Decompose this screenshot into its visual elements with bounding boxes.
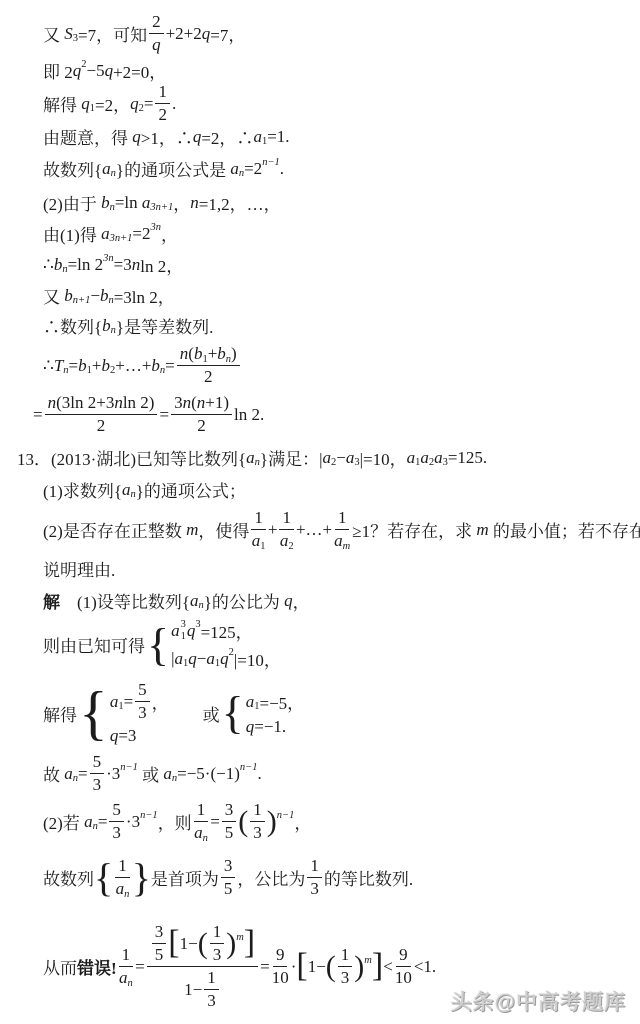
text-run: = xyxy=(78,764,88,784)
text-run: n xyxy=(190,193,199,213)
text-run: 3n+1 xyxy=(110,233,133,244)
text-run: b xyxy=(217,344,226,364)
text-run: +…+ xyxy=(296,520,332,540)
fraction: 910 xyxy=(395,945,412,988)
text-run: m xyxy=(364,955,372,966)
solution-line-tn-result: =n(3ln 2+3nln 2)2=3n(n+1)2ln 2. xyxy=(33,393,264,436)
fraction: 53 xyxy=(90,752,105,795)
left-brace: { xyxy=(79,688,108,739)
fraction: 35 xyxy=(152,922,167,965)
fraction: 13 xyxy=(338,945,353,988)
text-run: n(3ln 2+3nln 2) xyxy=(45,393,158,415)
text-run: b xyxy=(101,356,110,376)
problem-13-statement: 13．(2013·湖北)已知等比数列{an}满足：|a2−a3|=10，a1a2… xyxy=(17,445,487,470)
big-paren-close: ) xyxy=(226,930,236,957)
text-run: 1 xyxy=(250,800,265,822)
equation-system-case1: { a1=53， q=3 xyxy=(79,680,169,746)
text-run: = xyxy=(165,356,175,376)
text-run: 1 xyxy=(251,508,266,530)
text-run: 故数列 xyxy=(43,865,94,890)
text-run: ∴ xyxy=(43,255,54,275)
left-brace: { xyxy=(147,625,169,664)
text-run: a xyxy=(101,224,110,244)
text-run: 9 xyxy=(273,945,288,967)
fraction: 13 xyxy=(250,800,265,843)
text-run: a xyxy=(246,448,255,468)
text-run: =−1. xyxy=(254,717,286,737)
text-run: = xyxy=(124,692,134,712)
text-run: ，公比为 xyxy=(237,865,305,890)
text-run: = xyxy=(159,405,169,425)
fraction: 1a1 xyxy=(251,508,266,551)
fraction: 3n(n+1)2 xyxy=(171,393,232,436)
text-run: − xyxy=(336,448,346,468)
text-run: n+1 xyxy=(73,295,91,306)
text-run: ·3 xyxy=(126,812,140,832)
fraction: 1an xyxy=(194,800,209,843)
fraction: 35 xyxy=(222,800,237,843)
text-run: 由(1)得 xyxy=(43,221,101,246)
problem-13-part1: (1)求数列{an}的通项公式； xyxy=(43,477,246,502)
text-run: 是首项为 xyxy=(151,865,219,890)
text-run: 1 xyxy=(415,457,420,468)
text-run: a xyxy=(163,764,172,784)
text-run: n xyxy=(48,393,57,413)
text-run: 故 xyxy=(43,761,64,786)
bracket-close: ] xyxy=(244,928,255,959)
text-run: 3n xyxy=(103,253,114,264)
text-run: =3ln 2， xyxy=(114,283,175,308)
text-run: n xyxy=(198,600,203,611)
text-run: =2， xyxy=(95,91,130,116)
solution-13-start: 解 (1)设等比数列{an}的公比为 q， xyxy=(43,588,310,613)
text-run: 解得 xyxy=(43,701,77,726)
text-run: a xyxy=(346,448,355,468)
text-run: ， xyxy=(152,689,169,714)
text-run: a xyxy=(246,692,255,712)
text-run: a2 xyxy=(280,530,294,551)
text-run: = xyxy=(135,957,145,977)
text-run: 1− xyxy=(308,957,326,977)
text-run: a xyxy=(84,812,93,832)
text-run: 3 xyxy=(221,856,236,878)
text-run: }满足：| xyxy=(260,445,323,470)
text-run: (3ln 2+3 xyxy=(56,393,114,413)
text-run: =125， xyxy=(201,618,253,643)
big-paren-close: ) xyxy=(354,953,364,980)
text-run: b xyxy=(54,255,63,275)
equation-system: { a31q3=125， |a1q−a1q2|=10， xyxy=(147,618,281,671)
text-run: 1 xyxy=(202,354,207,365)
text-run: ，则 xyxy=(158,809,192,834)
text-run: ) xyxy=(231,344,237,364)
text-run: a31q3=125， xyxy=(171,618,253,643)
solution-line-a3n1: 由(1)得 a3n+1=23n， xyxy=(43,221,178,246)
text-run: =2 xyxy=(132,224,150,244)
solution-13-part2-start: (2)若 an=53·3n−1，则1an=35(13)n−1， xyxy=(43,800,311,843)
text-run: − xyxy=(90,286,100,306)
solution-13-final-inequality: 从而错误!1an= 35[1−(13)m] 1−13 =910·[1−(13)m… xyxy=(43,922,436,1011)
text-run: a xyxy=(194,823,203,843)
text-run: 5 xyxy=(109,800,124,822)
solution-13-an-formula: 故 an=53·3n−1 或 an=−5·(−1)n−1. xyxy=(43,752,262,795)
text-run: 1 xyxy=(90,103,95,114)
text-run: ln 2) xyxy=(123,393,155,413)
text-run: 3 xyxy=(213,944,222,965)
text-run: 2 xyxy=(158,104,167,125)
text-run: = xyxy=(144,94,154,114)
fraction: 2q xyxy=(149,12,164,55)
text-run: n xyxy=(128,978,133,989)
text-run: 3n+1 xyxy=(150,202,173,213)
text-run: 3 xyxy=(73,33,78,44)
text-run: a xyxy=(64,764,73,784)
text-run: 5 xyxy=(135,680,150,702)
fraction: 13 xyxy=(204,968,219,1011)
solution-13-system: 则由已知可得 { a31q3=125， |a1q−a1q2|=10， xyxy=(43,618,281,671)
text-run: ，使得 xyxy=(198,517,249,542)
equation-system-case2: { a1=−5， q=−1. xyxy=(222,689,305,737)
watermark: 头条@中高考题库 xyxy=(451,986,626,1016)
text-run: a xyxy=(334,531,343,551)
text-run: 10 xyxy=(395,967,412,988)
text-run: q xyxy=(105,61,114,81)
text-run: =3 xyxy=(118,726,136,746)
text-run: q xyxy=(284,591,293,611)
text-run: = xyxy=(98,812,108,832)
text-run: q xyxy=(188,649,197,669)
fraction: n(3ln 2+3nln 2)2 xyxy=(45,393,158,436)
text-run: n−1 xyxy=(140,810,158,821)
text-run: =−5， xyxy=(260,689,305,714)
text-run: 1 xyxy=(115,856,130,878)
text-run: =1,2，…， xyxy=(199,190,281,215)
fraction: 910 xyxy=(272,945,289,988)
text-run: a xyxy=(190,591,199,611)
text-run: ， xyxy=(173,190,190,215)
text-run: a xyxy=(110,692,119,712)
text-run: −5 xyxy=(87,61,105,81)
text-run: b xyxy=(64,286,73,306)
text-run: + xyxy=(268,520,278,540)
solution-line-q-choice: 由题意，得 q>1，∴q=2，∴a1=1. xyxy=(43,124,290,149)
text-run: 3 xyxy=(152,922,167,944)
solution-line-quadratic: 即 2q2−5q+2=0， xyxy=(43,58,166,83)
text-run: 3 xyxy=(195,619,200,630)
text-run: <1. xyxy=(414,957,436,977)
text-run: = xyxy=(69,356,79,376)
text-run: 或 xyxy=(138,761,164,786)
fraction: n(b1+bn)2 xyxy=(177,344,240,387)
text-run: 9 xyxy=(396,945,411,967)
text-run: a xyxy=(230,159,239,179)
text-run: b xyxy=(78,356,87,376)
text-run: 1 xyxy=(338,945,353,967)
text-run: a xyxy=(253,127,262,147)
text-run: 13．(2013·湖北)已知等比数列{ xyxy=(17,445,246,470)
text-run: |=10， xyxy=(360,445,407,470)
text-run: 3 xyxy=(354,457,359,468)
text-run: m xyxy=(236,932,244,943)
text-run: 则由已知可得 xyxy=(43,632,145,657)
text-run: n xyxy=(197,393,206,413)
text-run: 即 2 xyxy=(43,58,73,83)
text-run: a xyxy=(171,621,180,641)
text-run: 由题意，得 xyxy=(43,124,132,149)
text-run: am xyxy=(334,530,350,551)
text-run: }是等差数列. xyxy=(116,313,213,338)
text-run: ∴ xyxy=(43,356,54,376)
text-run: 或 xyxy=(203,701,220,726)
text-run: 5 xyxy=(224,878,233,899)
text-run: − xyxy=(197,649,207,669)
text-run: n xyxy=(180,344,189,364)
text-run: =3 xyxy=(114,255,132,275)
text-run: n xyxy=(239,168,244,179)
text-run: a xyxy=(322,448,331,468)
text-run: 2 xyxy=(81,59,86,70)
text-run: 2 xyxy=(139,103,144,114)
text-run: 又 xyxy=(43,21,64,46)
text-run: q xyxy=(246,717,255,737)
text-run: 的最小值；若不存在， xyxy=(489,517,640,542)
fraction: 1a2 xyxy=(279,508,294,551)
text-run: q=3 xyxy=(110,726,137,746)
big-paren-open: ( xyxy=(198,930,208,957)
text-run: =7， xyxy=(210,21,245,46)
text-run: b xyxy=(101,193,110,213)
text-run: 2 xyxy=(110,365,115,376)
bracket-open: [ xyxy=(168,928,179,959)
text-run: 2 xyxy=(288,541,293,552)
text-run: n xyxy=(108,295,113,306)
text-run: + xyxy=(92,356,102,376)
text-run: 10 xyxy=(272,967,289,988)
text-run: 1− xyxy=(184,980,202,1000)
text-run: 3 xyxy=(341,967,350,988)
text-run: 从而 xyxy=(43,954,77,979)
text-run: . xyxy=(172,94,176,114)
text-run: =125. xyxy=(448,448,487,468)
text-run: b xyxy=(102,316,111,336)
jie-label: 解 xyxy=(43,588,60,613)
text-run: a xyxy=(206,649,215,669)
bracket-open: [ xyxy=(296,951,307,982)
problem-13-part2: (2)是否存在正整数 m，使得1a1+1a2+…+1am≥1？若存在，求 m 的… xyxy=(43,508,640,551)
text-run: q xyxy=(132,127,141,147)
text-run: 1 xyxy=(215,658,220,669)
text-run: q xyxy=(110,726,119,746)
fraction: 1an xyxy=(119,945,134,988)
text-run: a xyxy=(252,531,261,551)
sup-sub-stack: 31 xyxy=(181,619,186,641)
text-run: 1 xyxy=(181,631,186,642)
text-run: =−5·(−1) xyxy=(177,764,240,784)
text-run: 3n(n+1) xyxy=(171,393,232,415)
left-brace: { xyxy=(222,693,244,732)
text-run: a xyxy=(119,968,128,988)
text-run: (2)是否存在正整数 xyxy=(43,517,186,542)
text-run: n−1 xyxy=(262,157,280,168)
text-run: ， xyxy=(294,809,311,834)
text-run: = xyxy=(33,405,43,425)
text-run: n(b1+bn) xyxy=(177,344,240,366)
text-run: 2 xyxy=(229,647,234,658)
text-run: n xyxy=(111,168,116,179)
text-run: 3 xyxy=(253,822,262,843)
text-run: an xyxy=(116,878,130,899)
text-run: a xyxy=(434,448,443,468)
text-run: a xyxy=(175,649,184,669)
solution-line-bn-value: ∴bn=ln 23n=3nln 2， xyxy=(43,252,183,277)
text-run: =2 xyxy=(244,159,262,179)
text-run: 2 xyxy=(331,457,336,468)
big-fraction: 35[1−(13)m] 1−13 xyxy=(147,922,258,1011)
text-run: =ln 2 xyxy=(68,255,104,275)
text-run: 的等比数列. xyxy=(324,865,413,890)
text-run: =2，∴ xyxy=(201,124,253,149)
text-run: an xyxy=(119,967,133,988)
text-run: 1 xyxy=(118,701,123,712)
text-run: n xyxy=(183,393,192,413)
text-run: n−1 xyxy=(277,810,295,821)
solution-line-bn-diff: 又 bn+1−bn=3ln 2， xyxy=(43,283,175,308)
text-run: 1 xyxy=(183,658,188,669)
text-run: |a1q−a1q2|=10， xyxy=(171,646,281,671)
text-run: >1，∴ xyxy=(141,124,193,149)
text-run: 说明理由. xyxy=(43,556,115,581)
text-run: +2+2 xyxy=(166,24,202,44)
solution-line-tn-sum: ∴Tn=b1+b2+…+bn=n(b1+bn)2 xyxy=(43,344,242,387)
text-run: a31q3=125， |a1q−a1q2|=10， xyxy=(171,618,281,671)
solution-line-s3: 又 S3=7，可知2q+2+2q=7， xyxy=(43,12,245,55)
text-run: 2 xyxy=(197,415,206,436)
text-run: 1−13 xyxy=(184,967,221,1011)
text-run: 3 xyxy=(443,457,448,468)
text-run: 5 xyxy=(155,944,164,965)
fraction: 53 xyxy=(135,680,150,723)
big-paren-open: ( xyxy=(238,808,248,835)
text-run: 1− xyxy=(180,934,198,954)
fraction: 13 xyxy=(210,922,225,965)
text-run: 1 xyxy=(87,365,92,376)
text-run: 3 xyxy=(207,990,216,1011)
text-run: +2=0， xyxy=(113,58,166,83)
text-run: n xyxy=(255,457,260,468)
text-run: 3 xyxy=(112,822,121,843)
text-run: 1 xyxy=(204,968,219,990)
text-run: n−1 xyxy=(240,762,258,773)
text-run: n xyxy=(93,821,98,832)
text-run: n xyxy=(226,354,231,365)
text-run: ln 2， xyxy=(140,252,183,277)
text-run: b xyxy=(100,286,109,306)
text-run: q xyxy=(81,94,90,114)
fraction: 13 xyxy=(307,856,322,899)
text-run: 2 xyxy=(204,366,213,387)
text-run: 1 xyxy=(155,82,170,104)
text-run: a xyxy=(116,879,125,899)
text-run: b xyxy=(151,356,160,376)
text-run: a xyxy=(407,448,416,468)
solution-13-two-cases: 解得 { a1=53， q=3 或 { a1=−5， q=−1. xyxy=(43,680,304,746)
text-run: ln 2. xyxy=(234,405,264,425)
text-run: < xyxy=(383,957,393,977)
text-run: n xyxy=(132,255,141,275)
text-run: 故数列{ xyxy=(43,156,102,181)
text-run: +1) xyxy=(205,393,229,413)
text-run: (1)设等比数列{ xyxy=(60,588,190,613)
fraction: 12 xyxy=(155,82,170,125)
big-brace-open: { xyxy=(94,860,113,896)
text-run: }的公比为 xyxy=(204,588,284,613)
text-run: 1 xyxy=(307,856,322,878)
text-run: =7，可知 xyxy=(78,21,147,46)
text-run: 2 xyxy=(149,12,164,34)
text-run: m xyxy=(186,520,198,540)
big-paren-open: ( xyxy=(326,953,336,980)
text-run: q xyxy=(152,34,161,55)
text-run: 1 xyxy=(119,945,134,967)
text-run: ， xyxy=(161,221,178,246)
text-run: 35[1−(13)m] xyxy=(147,922,258,967)
text-run: a1=−5， q=−1. xyxy=(246,689,304,737)
text-run: 3 xyxy=(138,702,147,723)
bracket-close: ] xyxy=(372,951,383,982)
solution-line-q-roots: 解得 q1=2，q2=12. xyxy=(43,82,176,125)
text-run: (1)求数列{ xyxy=(43,477,122,502)
text-run: 1 xyxy=(260,541,265,552)
text-run: 1 xyxy=(335,508,350,530)
text-run: }的通项公式是 xyxy=(116,156,230,181)
text-run: n xyxy=(172,773,177,784)
text-run: n xyxy=(62,264,67,275)
text-run: 5 xyxy=(90,752,105,774)
text-run: ∴数列{ xyxy=(43,313,102,338)
big-brace-close: } xyxy=(132,860,151,896)
text-run: S xyxy=(64,24,73,44)
document-page: 又 S3=7，可知2q+2+2q=7， 即 2q2−5q+2=0， 解得 q1=… xyxy=(0,0,640,1024)
text-run: a1=53， xyxy=(110,680,169,723)
text-run: T xyxy=(54,356,63,376)
text-run: 2 xyxy=(97,415,106,436)
text-run: 3 xyxy=(174,393,183,413)
text-run: q xyxy=(193,127,202,147)
solution-13-geo-seq: 故数列{1an}是首项为35，公比为13的等比数列. xyxy=(43,856,413,899)
text-run: m xyxy=(476,520,488,540)
text-run: an xyxy=(194,822,208,843)
text-run: b xyxy=(194,344,203,364)
text-run: a1=−5， xyxy=(246,689,304,714)
solution-line-general-term: 故数列{an}的通项公式是 an=2n−1. xyxy=(43,156,284,181)
text-run: 3 xyxy=(93,774,102,795)
solution-line-arith-seq: ∴数列{bn}是等差数列. xyxy=(43,313,213,338)
fraction: 35 xyxy=(221,856,236,899)
text-run: n xyxy=(63,365,68,376)
text-run: 5 xyxy=(225,822,234,843)
text-run: n xyxy=(160,365,165,376)
text-run: . xyxy=(257,764,261,784)
fraction: 53 xyxy=(109,800,124,843)
text-run: q=−1. xyxy=(246,717,286,737)
text-run: n xyxy=(203,833,208,844)
problem-13-part2-cont: 说明理由. xyxy=(43,556,115,581)
text-run: + xyxy=(208,344,218,364)
text-run: a xyxy=(122,480,131,500)
text-run: 1 xyxy=(194,800,209,822)
text-run: q xyxy=(202,24,211,44)
text-run: q xyxy=(187,621,196,641)
